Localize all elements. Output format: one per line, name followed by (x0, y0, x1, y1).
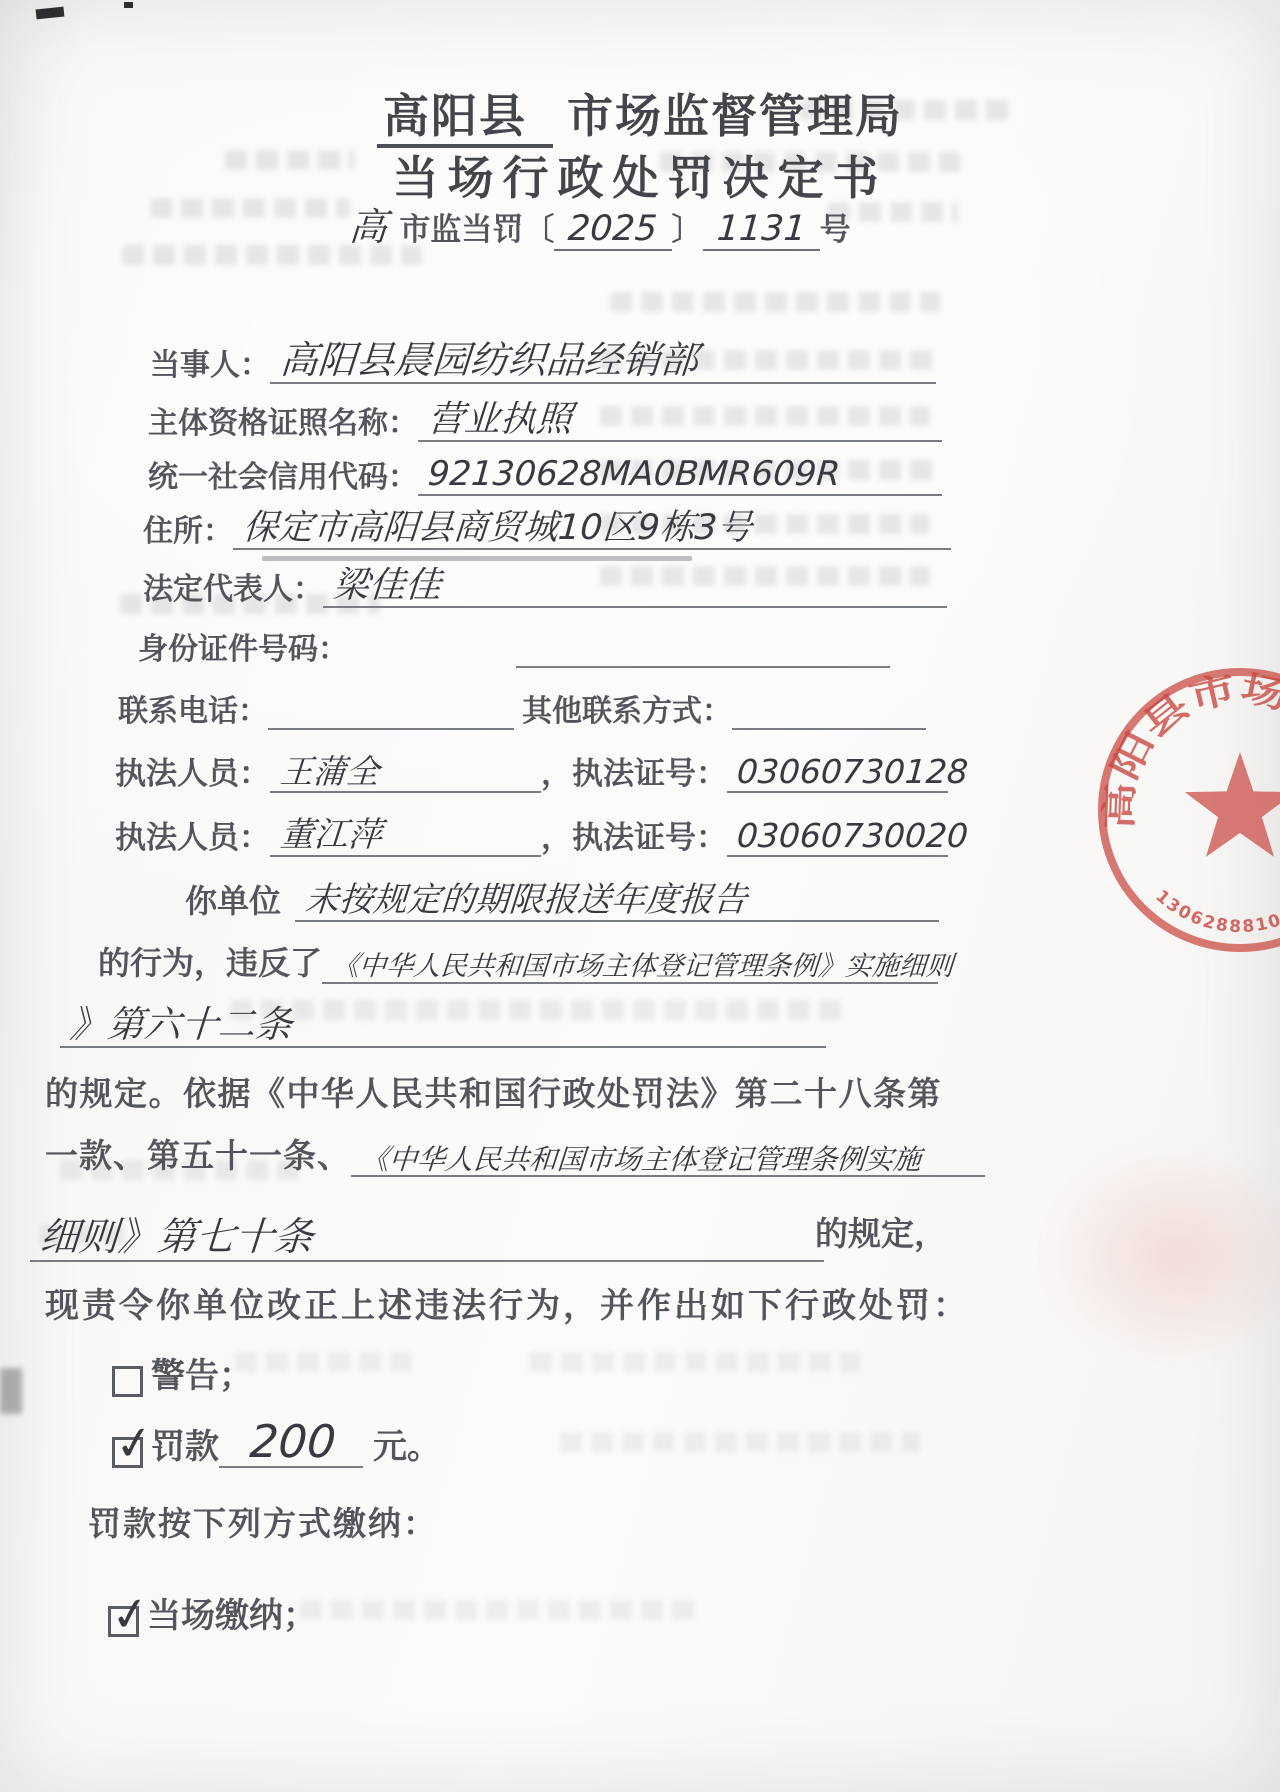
address-value: 保定市高阳县商贸城10区9栋3号 (242, 510, 754, 547)
violated-law-row: 的行为，违反了 《中华人民共和国市场主体登记管理条例》实施细则 (98, 938, 938, 984)
doc-number-bracket: 〕 (672, 212, 703, 247)
contact-row: 联系电话： 其他联系方式： (118, 686, 926, 730)
legal-rep-value: 梁佳佳 (332, 567, 443, 605)
officer-row-1: 执法人员： 王蒲全 ， 执法证号： 03060730128 (115, 748, 948, 793)
address-label: 住所： (143, 506, 233, 550)
check-icon: ✓ (111, 1414, 157, 1473)
license-name-row: 主体资格证照名称： 营业执照 (148, 398, 942, 442)
fine-checkbox: ✓ (112, 1437, 143, 1468)
official-seal: 高阳县市场监督管理局 1306288810315 (1060, 630, 1280, 990)
officer1-label: 执法人员： (115, 748, 270, 793)
id-number-row: 身份证件号码： (138, 624, 890, 668)
violated-article-row: 》第六十二条 (60, 1006, 826, 1048)
payment-intro-line: 罚款按下列方式缴纳： (88, 1498, 438, 1545)
bleed-through-artifact (300, 1600, 700, 1620)
onsite-pay-checkbox: ✓ (108, 1606, 139, 1637)
star-icon (1185, 752, 1280, 857)
page-title-agency: 高阳县市场监督管理局 (0, 80, 1280, 146)
unit-violation-value: 未按规定的期限报送年度报告 (304, 883, 748, 919)
bleed-through-artifact (560, 1432, 920, 1452)
id-number-label: 身份证件号码： (138, 624, 348, 668)
page-title-doc-type: 当场行政处罚决定书 (0, 142, 1280, 208)
basis-article-row: 细则》第七十条 (30, 1218, 824, 1262)
unit-label: 你单位 (185, 876, 281, 922)
id-number-value (516, 631, 890, 668)
officer-row-2: 执法人员： 董江萍 ， 执法证号： 03060730020 (115, 812, 948, 857)
order-line: 现责令你单位改正上述违法行为，并作出如下行政处罚： (45, 1278, 970, 1327)
check-icon: ✓ (107, 1585, 153, 1644)
party-name-value: 高阳县晨园纺织品经销部 (279, 341, 700, 381)
bleed-through-artifact (530, 1352, 860, 1372)
violated-law-line1: 《中华人民共和国市场主体登记管理条例》实施细则 (331, 953, 954, 981)
doc-number: 高市监当罚〔2025〕1131号 (0, 204, 1238, 249)
bleed-through-artifact (235, 1352, 415, 1372)
legal-rep-label: 法定代表人： (143, 564, 323, 608)
other-contact-value (732, 693, 926, 730)
officer1-cert-no: 03060730128 (736, 755, 969, 790)
onsite-payment-row: ✓ 当场缴纳； (108, 1588, 317, 1637)
scanned-document-page: 高阳县市场监督管理局 当场行政处罚决定书 高市监当罚〔2025〕1131号 当事… (0, 0, 1280, 1792)
bleed-through-artifact (610, 292, 940, 312)
svg-text:高阳县市场监督管理局: 高阳县市场监督管理局 (1060, 630, 1280, 883)
phone-label: 联系电话： (118, 686, 268, 730)
faint-stamp-smudge (1040, 1140, 1280, 1370)
officer1-cert-label: 执法证号： (572, 748, 727, 793)
doc-number-suffix: 号 (820, 212, 851, 247)
legal-basis-line2: 一款、第五十一条、 《中华人民共和国市场主体登记管理条例实施 (45, 1130, 985, 1177)
legal-basis-line1: 的规定。依据《中华人民共和国行政处罚法》第二十八条第 (45, 1068, 942, 1115)
fine-option-row: ✓ 罚款 200 元。 (112, 1418, 441, 1468)
warning-checkbox (112, 1366, 143, 1397)
credit-code-row: 统一社会信用代码： 92130628MA0BMR609R (148, 452, 942, 496)
fine-unit: 元。 (373, 1419, 441, 1468)
officer2-cert-no: 03060730020 (736, 819, 969, 854)
credit-code-label: 统一社会信用代码： (148, 452, 418, 496)
officer1-name: 王蒲全 (279, 755, 380, 790)
party-name-row: 当事人： 高阳县晨园纺织品经销部 (150, 340, 936, 384)
onsite-pay-label: 当场缴纳； (147, 1588, 317, 1637)
officer2-name: 董江萍 (279, 818, 383, 854)
warning-label: 警告； (151, 1348, 253, 1397)
other-contact-label: 其他联系方式： (522, 686, 732, 730)
address-row: 住所： 保定市高阳县商贸城10区9栋3号 (143, 506, 951, 550)
credit-code-value: 92130628MA0BMR609R (427, 457, 842, 493)
agency-name-underlined: 高阳县 (377, 91, 553, 148)
basis-article-hw: 细则》第七十条 (39, 1218, 315, 1259)
officer2-cert-label: 执法证号： (572, 812, 727, 857)
unit-violation-row: 你单位 未按规定的期限报送年度报告 (185, 876, 939, 922)
agency-name-rest: 市场监督管理局 (567, 91, 903, 142)
doc-number-printed: 市监当罚〔 (399, 212, 554, 247)
party-name-label: 当事人： (150, 340, 270, 384)
doc-number-hw-serial: 1131 (715, 211, 807, 248)
scan-edge-mark (36, 7, 65, 20)
scan-edge-mark (0, 1368, 22, 1414)
doc-number-hw-year: 2025 (567, 211, 659, 248)
address-heavy-underline (262, 556, 692, 561)
phone-value (268, 693, 514, 730)
behavior-label: 的行为，违反了 (98, 938, 322, 984)
fine-label: 罚款 (151, 1419, 219, 1468)
violated-law-line2: 》第六十二条 (69, 1006, 294, 1045)
doc-number-hw-agency: 高 (348, 208, 389, 248)
seal-ring-text: 高阳县市场监督管理局 (1060, 630, 1280, 883)
comma: ， (541, 812, 572, 857)
warning-option-row: 警告； (112, 1348, 253, 1397)
basis-articles-printed: 一款、第五十一条、 (45, 1130, 351, 1177)
scan-edge-mark (124, 2, 133, 8)
license-name-label: 主体资格证照名称： (148, 398, 418, 442)
legal-rep-row: 法定代表人： 梁佳佳 (143, 564, 947, 608)
officer2-label: 执法人员： (115, 812, 270, 857)
basis-law-hw: 《中华人民共和国市场主体登记管理条例实施 (360, 1145, 922, 1174)
fine-amount-value: 200 (248, 1418, 337, 1465)
comma: ， (541, 748, 572, 793)
basis-suffix-printed: 的规定， (815, 1208, 947, 1255)
license-name-value: 营业执照 (427, 401, 574, 439)
